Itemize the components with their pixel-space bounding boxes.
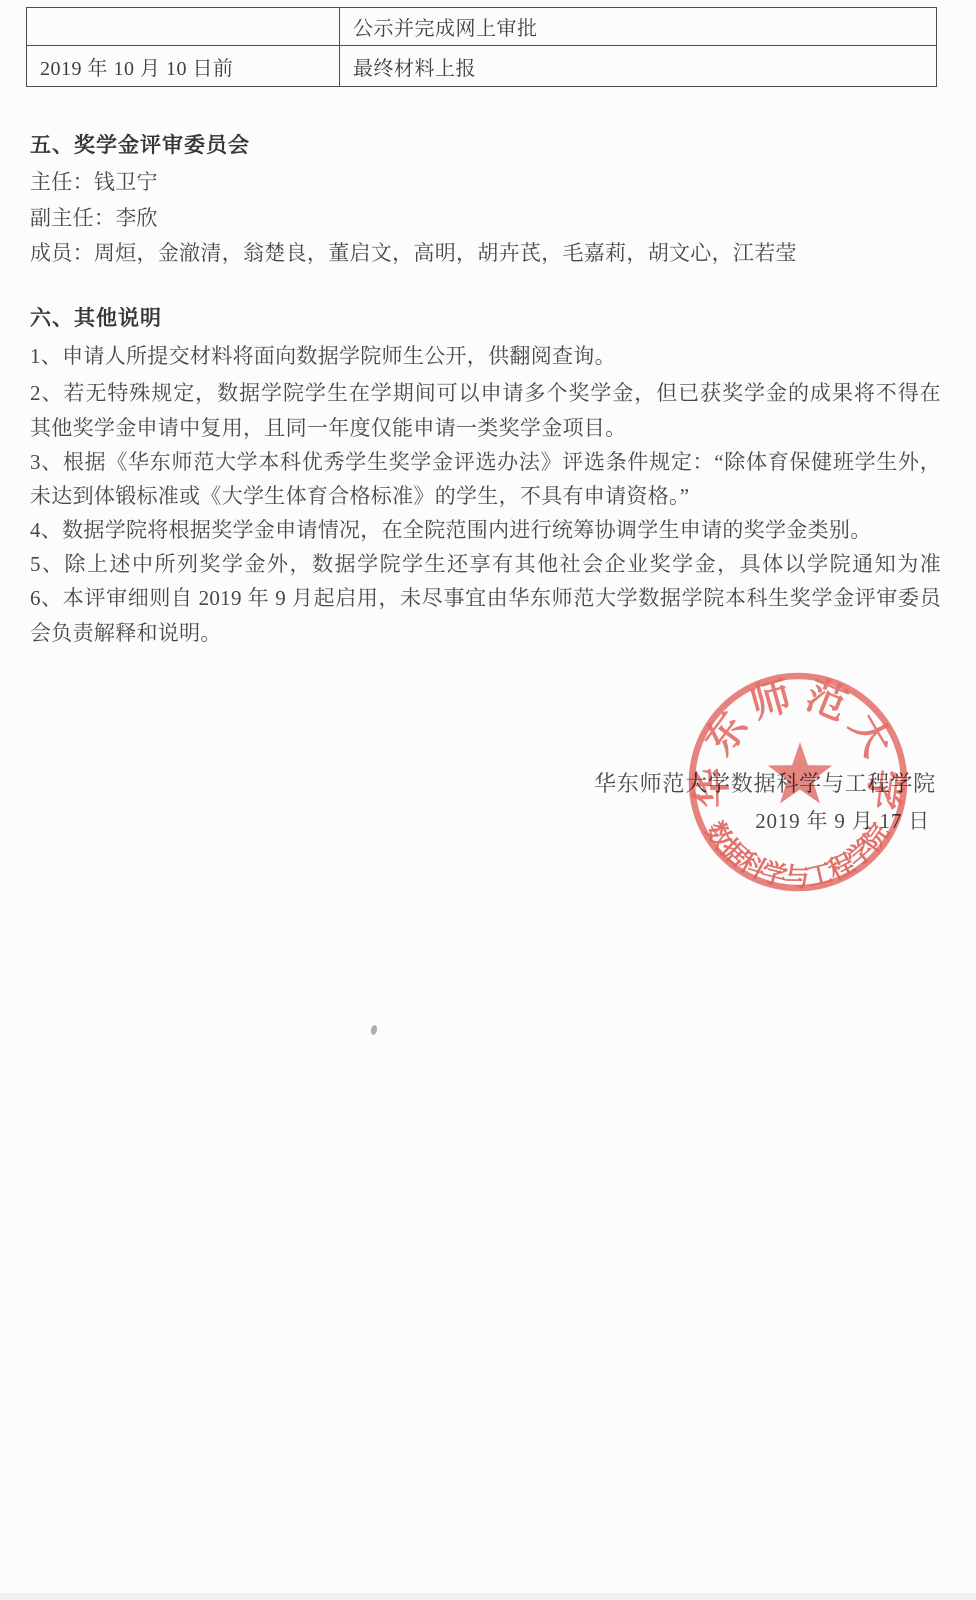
note-line-2b: 其他奖学金申请中复用，且同一年度仅能申请一类奖学金项目。 xyxy=(30,415,941,441)
document-page: 公示并完成网上审批 2019 年 10 月 10 日前 最终材料上报 五、奖学金… xyxy=(0,0,976,1600)
section-heading-notes: 六、其他说明 xyxy=(30,305,941,331)
committee-chair-line: 主任：钱卫宁 xyxy=(30,169,941,195)
star-icon xyxy=(768,742,833,804)
note-line-6a: 6、本评审细则自 2019 年 9 月起启用，未尽事宜由华东师范大学数据学院本科… xyxy=(30,585,941,611)
official-seal-stamp: 华东师范大学 数据科学与工程学院 xyxy=(678,662,918,902)
committee-members-line: 成员：周烜，金澈清，翁楚良，董启文，高明，胡卉芪，毛嘉莉，胡文心，江若莹 xyxy=(30,240,941,266)
scan-edge-strip xyxy=(0,1593,976,1600)
section-heading-committee: 五、奖学金评审委员会 xyxy=(30,132,941,158)
schedule-table: 公示并完成网上审批 2019 年 10 月 10 日前 最终材料上报 xyxy=(26,7,937,87)
seal-top-text: 华东师范大学 xyxy=(689,671,910,820)
task-cell: 最终材料上报 xyxy=(340,46,937,87)
note-line-3a: 3、根据《华东师范大学本科优秀学生奖学金评选办法》评选条件规定：“除体育保健班学… xyxy=(30,449,941,475)
note-line-1: 1、申请人所提交材料将面向数据学院师生公开，供翻阅查询。 xyxy=(30,343,941,369)
deadline-cell: 2019 年 10 月 10 日前 xyxy=(27,46,340,87)
note-line-5: 5、除上述中所列奖学金外，数据学院学生还享有其他社会企业奖学金，具体以学院通知为… xyxy=(30,551,941,577)
note-line-3b: 未达到体锻标准或《大学生体育合格标准》的学生，不具有申请资格。” xyxy=(30,483,941,509)
scan-artifact-speck xyxy=(370,1024,378,1035)
seal-bottom-text: 数据科学与工程学院 xyxy=(700,817,896,892)
note-line-2a: 2、若无特殊规定，数据学院学生在学期间可以申请多个奖学金，但已获奖学金的成果将不… xyxy=(30,380,941,406)
note-line-4: 4、数据学院将根据奖学金申请情况，在全院范围内进行统筹协调学生申请的奖学金类别。 xyxy=(30,517,941,543)
deadline-cell xyxy=(27,8,340,46)
note-line-6b: 会负责解释和说明。 xyxy=(30,620,941,646)
table-row: 2019 年 10 月 10 日前 最终材料上报 xyxy=(27,46,937,87)
table-row: 公示并完成网上审批 xyxy=(27,8,937,46)
task-cell: 公示并完成网上审批 xyxy=(340,8,937,46)
committee-vicechair-line: 副主任：李欣 xyxy=(30,205,941,231)
